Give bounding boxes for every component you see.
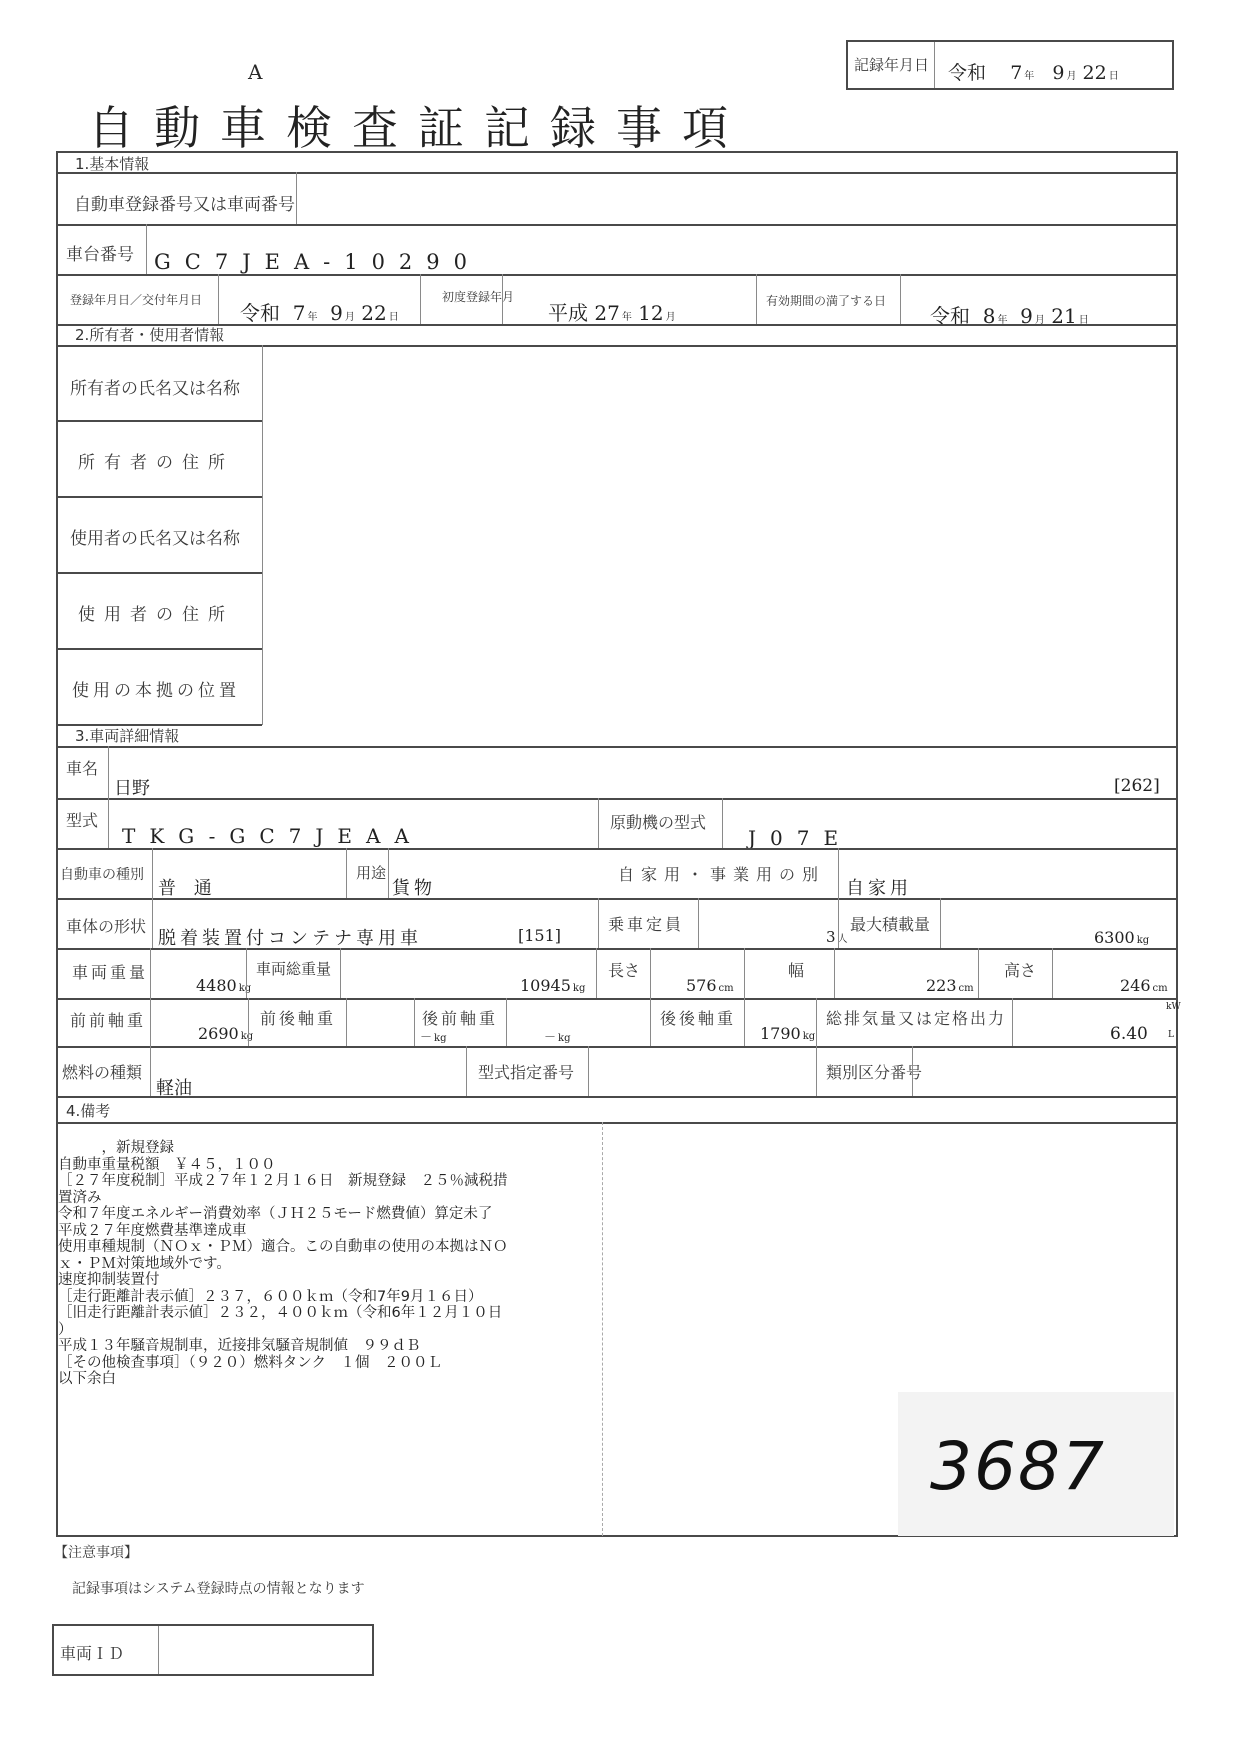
- first-reg-label: 初度登録年月: [442, 288, 514, 305]
- private-business-label: 自家用・事業用の別: [618, 862, 825, 885]
- car-name-code: [262]: [1114, 776, 1160, 796]
- user-name-label: 使用者の氏名又は名称: [70, 524, 240, 549]
- car-name-label: 車名: [66, 756, 98, 779]
- section4-heading: 4.備考: [66, 1100, 110, 1121]
- private-business-value: 自家用: [846, 874, 912, 900]
- fuel-label: 燃料の種類: [62, 1060, 142, 1083]
- rr-axle-value: 1790kg: [760, 1024, 815, 1043]
- model-value: TKG-GC7JEAA: [122, 824, 423, 848]
- record-date-value: 令和 7年 9月 22日: [948, 58, 1119, 85]
- engine-model-label: 原動機の型式: [610, 810, 706, 833]
- displacement-unit-kw: kW: [1166, 1002, 1181, 1012]
- vehicle-type-label: 自動車の種別: [60, 864, 144, 884]
- ff-axle-label: 前前軸重: [70, 1008, 146, 1031]
- owner-address-label: 所有者の住所: [78, 448, 234, 473]
- document-title: 自動車検査証記録事項: [88, 92, 748, 158]
- owner-name-label: 所有者の氏名又は名称: [70, 374, 240, 399]
- body-shape-code: [151]: [518, 926, 561, 945]
- record-date-box: 記録年月日 令和 7年 9月 22日: [846, 40, 1174, 90]
- first-reg-value: 平成 27年 12月: [548, 297, 676, 326]
- reg-date-value: 令和 7年 9月 22日: [240, 297, 399, 326]
- height-value: 246cm: [1120, 976, 1168, 995]
- width-label: 幅: [788, 958, 804, 981]
- expiry-label: 有効期間の満了する日: [766, 292, 886, 309]
- vehicle-id-label: 車両ＩＤ: [60, 1641, 124, 1664]
- gross-weight-value: 10945kg: [520, 976, 585, 995]
- body-shape-label: 車体の形状: [66, 914, 146, 937]
- vehicle-weight-value: 4480kg: [196, 976, 251, 995]
- vehicle-id-box: 車両ＩＤ: [52, 1624, 374, 1676]
- handwritten-number: 3687: [930, 1428, 1106, 1505]
- max-load-label: 最大積載量: [850, 912, 930, 935]
- displacement-value: 6.40: [1110, 1024, 1148, 1044]
- usage-label: 用途: [356, 862, 386, 883]
- height-label: 高さ: [1004, 958, 1036, 981]
- page-mark: A: [248, 60, 262, 84]
- section2-heading: 2.所有者・使用者情報: [75, 324, 224, 345]
- car-name-value: 日野: [114, 774, 150, 800]
- caution-text: 記録事項はシステム登録時点の情報となります: [72, 1578, 365, 1598]
- rf-axle-value: －kg: [544, 1028, 570, 1045]
- engine-model-value: J07E: [748, 826, 852, 850]
- rr-axle-label: 後後軸重: [660, 1006, 736, 1029]
- type-designation-label: 型式指定番号: [478, 1060, 574, 1083]
- fr-axle-label: 前後軸重: [260, 1006, 336, 1029]
- record-date-label: 記録年月日: [854, 54, 929, 75]
- vehicle-weight-label: 車両重量: [72, 960, 148, 983]
- length-label: 長さ: [608, 958, 640, 981]
- capacity-value: 3人: [826, 928, 848, 946]
- vehicle-type-value: 普 通: [158, 874, 218, 900]
- reg-date-label: 登録年月日／交付年月日: [70, 291, 202, 308]
- displacement-label: 総排気量又は定格出力: [826, 1006, 1006, 1029]
- max-load-value: 6300kg: [1094, 928, 1149, 947]
- section3-heading: 3.車両詳細情報: [75, 725, 179, 746]
- gross-weight-label: 車両総重量: [256, 958, 331, 979]
- chassis-number-value: GC7JEA-10290: [154, 250, 481, 274]
- length-value: 576cm: [686, 976, 734, 995]
- reg-number-label: 自動車登録番号又は車両番号: [74, 190, 295, 215]
- usage-value: 貨物: [392, 874, 436, 900]
- capacity-label: 乗車定員: [608, 912, 684, 935]
- model-label: 型式: [66, 808, 98, 831]
- rf-axle-label: 後前軸重: [422, 1006, 498, 1029]
- ff-axle-value: 2690kg: [198, 1024, 253, 1043]
- base-location-label: 使用の本拠の位置: [72, 676, 240, 701]
- width-value: 223cm: [926, 976, 974, 995]
- category-number-label: 類別区分番号: [826, 1060, 922, 1083]
- section1-heading: 1.基本情報: [75, 153, 149, 174]
- displacement-unit-l: L: [1168, 1030, 1174, 1040]
- fr-axle-value: －kg: [420, 1028, 446, 1045]
- chassis-number-label: 車台番号: [66, 240, 134, 265]
- user-address-label: 使用者の住所: [78, 600, 234, 625]
- caution-heading: 【注意事項】: [54, 1542, 138, 1562]
- body-shape-value: 脱着装置付コンテナ専用車: [158, 924, 422, 950]
- remarks-text: ，新規登録 自動車重量税額 ￥４５，１００ ［２７年度税制］平成２７年１２月１６…: [58, 1140, 618, 1388]
